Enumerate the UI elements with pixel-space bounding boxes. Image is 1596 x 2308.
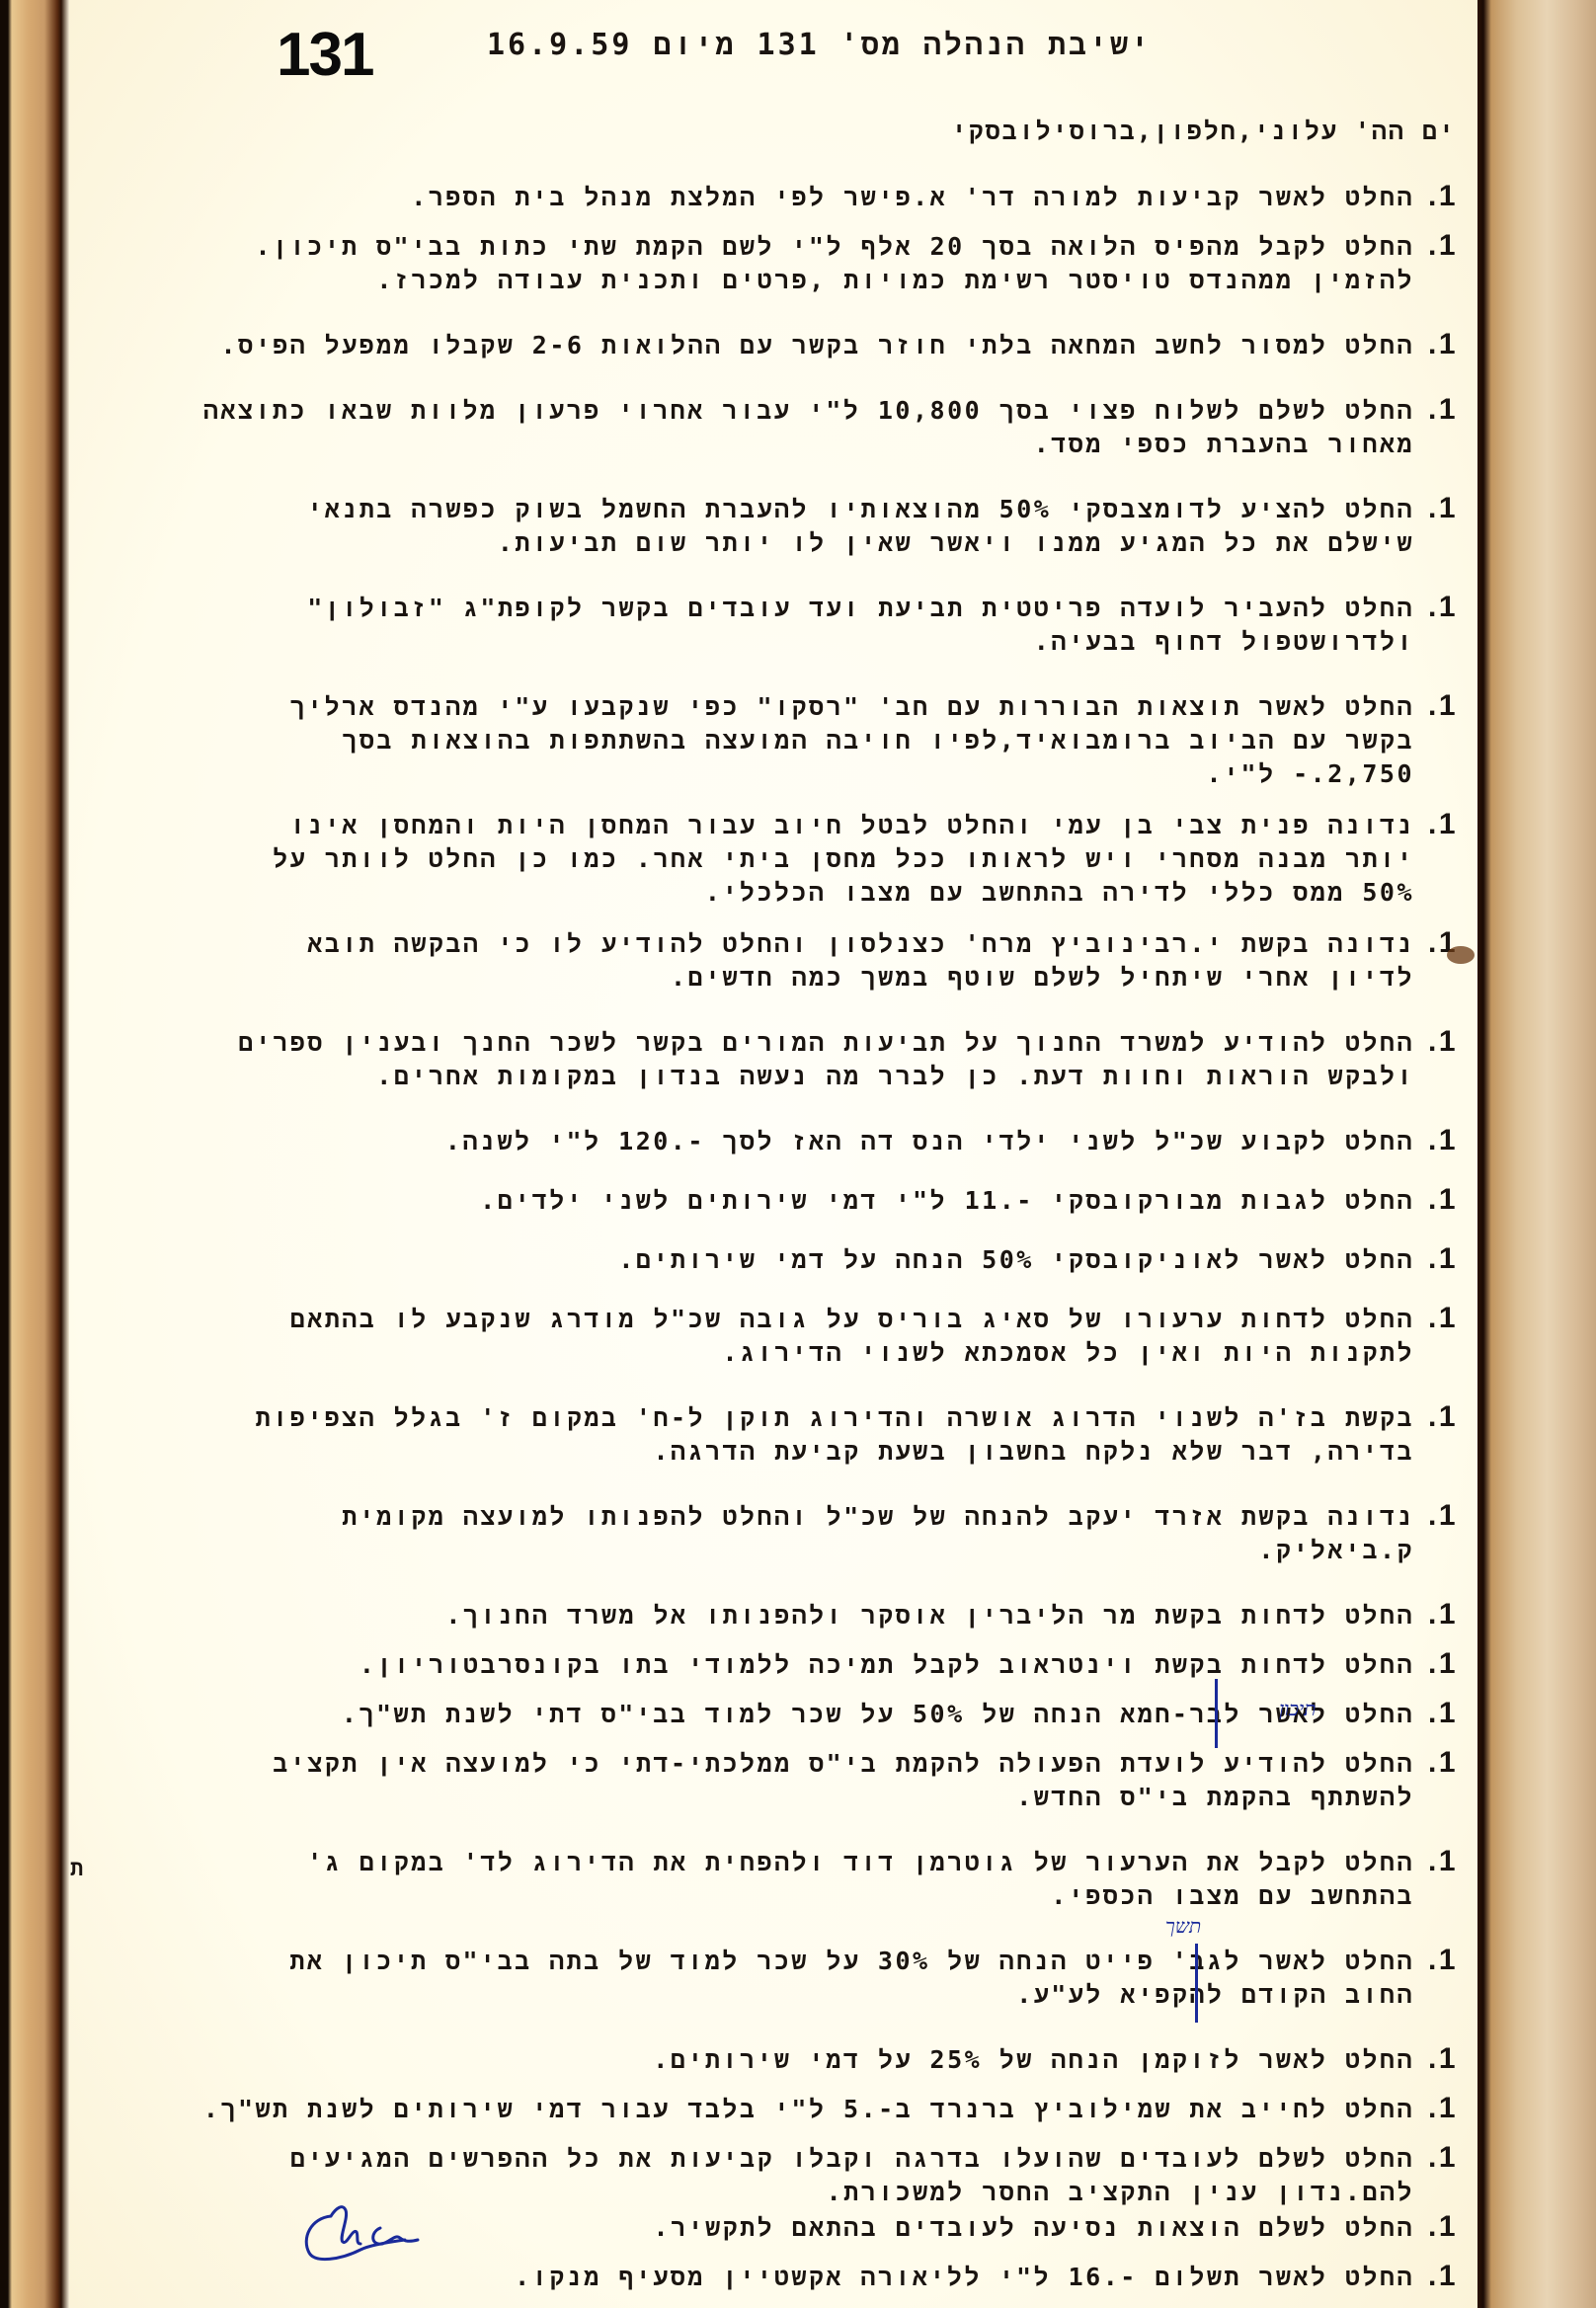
item-number: 1. (1414, 180, 1458, 213)
margin-mark: ת (70, 1857, 83, 1882)
item-text: החלט לקבל מהפיס הלואה בסך 20 אלף ל"י לשם… (255, 232, 1414, 261)
item-text: החלט לגבות מבורקובסקי -.11 ל"י דמי שירות… (480, 1186, 1414, 1215)
item-text: החלט לדחות ערעורו של סאיג בוריס על גובה … (290, 1305, 1414, 1333)
decision-item: 1.החלט לדחות בקשת וינטראוב לקבל תמיכה לל… (359, 1647, 1458, 1682)
item-text-continuation: 2,750.- ל"י. (290, 757, 1414, 791)
binding-left-edge (0, 0, 69, 2308)
item-text: החלט לאשר לבר-חמא הנחה של 50% על שכר למו… (342, 1700, 1414, 1728)
item-number: 1. (1414, 1400, 1458, 1434)
item-text-continuation: להם.נדון ענין התקציב החסר למשכורת. (290, 2176, 1414, 2209)
decision-item: 1.החלט להודיע לועדת הפעולה להקמת בי"ס ממ… (273, 1746, 1458, 1814)
item-number: 1. (1414, 1499, 1458, 1533)
item-number: 1. (1414, 2042, 1458, 2076)
item-text-continuation: בדירה, דבר שלא נלקח בחשבון בשעת קביעת הד… (256, 1435, 1414, 1469)
handwritten-annotation: תשך (1165, 1914, 1201, 1939)
item-text-continuation: החוב הקודם להקפיא לע"ע. (289, 1978, 1414, 2012)
decision-item: 1.החלט לאשר תוצאות הבוררות עם חב' "רסקו"… (290, 689, 1458, 791)
item-number: 1. (1414, 689, 1458, 723)
item-number: 1. (1414, 492, 1458, 525)
signature (301, 2198, 430, 2268)
decision-item: 1.החלט לשלם לעובדים שהועלו בדרגה וקבלו ק… (290, 2141, 1458, 2209)
item-text: החלט לאשר לאוניקובסקי 50% הנחה על דמי שי… (618, 1245, 1414, 1274)
decision-item: 1.החלט למסור לחשב המחאה בלתי חוזר בקשר ע… (221, 328, 1458, 362)
handwritten-annotation: תיכון (1279, 1697, 1316, 1721)
item-text-continuation: להזמין ממהנדס טויסטר רשימת כמויות ,פרטים… (255, 264, 1414, 297)
item-text: החלט להודיע לועדת הפעולה להקמת בי"ס ממלכ… (273, 1749, 1414, 1778)
item-number: 1. (1414, 1944, 1458, 1977)
item-number: 1. (1414, 1242, 1458, 1276)
item-number: 1. (1414, 1845, 1458, 1878)
paper-stain (1447, 946, 1475, 964)
item-text: החלט לחייב את שמילוביץ ברנרד ב-.5 ל"י בל… (203, 2095, 1414, 2123)
item-text-continuation: להשתתף בהקמת בי"ס החדש. (273, 1781, 1414, 1814)
binding-right-edge (1477, 0, 1596, 2308)
item-text: החלט למסור לחשב המחאה בלתי חוזר בקשר עם … (221, 331, 1414, 359)
item-number: 1. (1414, 1598, 1458, 1632)
decision-item: 1.החלט לדחות בקשת מר הליברין אוסקר ולהפנ… (445, 1598, 1458, 1632)
item-number: 1. (1414, 1124, 1458, 1157)
item-text: החלט לאשר תשלום -.16 ל"י לליאורה אקשטיין… (515, 2263, 1414, 2291)
item-number: 1. (1414, 1025, 1458, 1059)
decision-item: 1.החלט לקבל את הערעור של גוטרמן דוד ולהפ… (307, 1845, 1458, 1913)
item-number: 1. (1414, 393, 1458, 427)
item-text-continuation: יותר מבנה מסחרי ויש לראותו ככל מחסן ביתי… (273, 842, 1414, 876)
decision-item: 1.החלט לקבוע שכ"ל לשני ילדי הנס דה האז ל… (445, 1124, 1458, 1158)
decision-item: 1.החלט לאשר לגב' פייט הנחה של 30% על שכר… (289, 1944, 1458, 2012)
handwritten-bracket (1195, 1944, 1206, 2023)
item-number: 1. (1414, 1183, 1458, 1217)
decision-item: 1.נדונה פנית צבי בן עמי והחלט לבטל חיוב … (273, 808, 1458, 910)
decision-item: 1.נדונה בקשת אזרד יעקב להנחה של שכ"ל והח… (342, 1499, 1458, 1567)
item-text-continuation: ק.ביאליק. (342, 1534, 1414, 1567)
decision-item: 1.בקשת בז'ה לשנוי הדרוג אושרה והדירוג תו… (256, 1400, 1458, 1469)
item-text-continuation: לתקנות היות ואין כל אסמכתא לשנוי הדירוג. (290, 1336, 1414, 1370)
item-text: החלט לדחות בקשת וינטראוב לקבל תמיכה ללמו… (359, 1650, 1414, 1679)
item-text: החלט לאשר לזוקמן הנחה של 25% על דמי שירו… (653, 2045, 1414, 2074)
decisions-list: 1.החלט לאשר קביעות למורה דר' א.פישר לפי … (69, 0, 1477, 2308)
item-number: 1. (1414, 2260, 1458, 2293)
item-text-continuation: ולדרושטפול דחוף בבעיה. (307, 625, 1414, 659)
item-text: נדונה פנית צבי בן עמי והחלט לבטל חיוב עב… (290, 811, 1414, 839)
item-number: 1. (1414, 1746, 1458, 1780)
item-text: החלט להודיע למשרד החנוך על תביעות המורים… (238, 1028, 1414, 1057)
decision-item: 1.החלט לאשר תשלום -.16 ל"י לליאורה אקשטי… (515, 2260, 1458, 2294)
handwritten-line (1215, 1679, 1218, 1748)
decision-item: 1.החלט להעביר לועדה פריטטית תביעת ועד עו… (307, 591, 1458, 659)
item-number: 1. (1414, 808, 1458, 841)
item-text: החלט לשלם הוצאות נסיעה לעובדים בהתאם לתק… (654, 2213, 1414, 2242)
item-text: החלט לקבוע שכ"ל לשני ילדי הנס דה האז לסך… (445, 1127, 1414, 1155)
item-text: החלט להציע לדומצבסקי 50% מהוצאותיו להעבר… (307, 495, 1414, 523)
item-number: 1. (1414, 2092, 1458, 2125)
item-number: 1. (1414, 1302, 1458, 1335)
item-text-continuation: מאחור בהעברת כספי מסד. (203, 428, 1414, 461)
item-text-continuation: ולבקש הוראות וחוות דעת. כן לברר מה נעשה … (238, 1060, 1414, 1093)
item-text: נדונה בקשת י.רבינוביץ מרח' כצנלסון והחלט… (307, 929, 1414, 958)
item-text-continuation: 50% ממס כללי לדירה בהתחשב עם מצבו הכלכלי… (273, 876, 1414, 910)
decision-item: 1.החלט לגבות מבורקובסקי -.11 ל"י דמי שיר… (480, 1183, 1458, 1218)
decision-item: 1.החלט להודיע למשרד החנוך על תביעות המור… (238, 1025, 1458, 1093)
item-number: 1. (1414, 229, 1458, 263)
item-number: 1. (1414, 2141, 1458, 2175)
item-number: 1. (1414, 591, 1458, 624)
item-text-continuation: בהתחשב עם מצבו הכספי. (307, 1879, 1414, 1913)
item-number: 1. (1414, 1647, 1458, 1681)
item-text-continuation: שישלם את כל המגיע ממנו ויאשר שאין לו יות… (307, 526, 1414, 560)
item-text: החלט לקבל את הערעור של גוטרמן דוד ולהפחי… (307, 1848, 1414, 1876)
decision-item: 1.החלט לשלם לשלוח פצוי בסך 10,800 ל"י עב… (203, 393, 1458, 461)
item-text: החלט לאשר לגב' פייט הנחה של 30% על שכר ל… (289, 1947, 1414, 1975)
decision-item: 1.החלט לדחות ערעורו של סאיג בוריס על גוב… (290, 1302, 1458, 1370)
decision-item: 1.החלט לאשר לאוניקובסקי 50% הנחה על דמי … (618, 1242, 1458, 1277)
decision-item: 1.החלט לאשר לזוקמן הנחה של 25% על דמי שי… (653, 2042, 1458, 2077)
item-text: נדונה בקשת אזרד יעקב להנחה של שכ"ל והחלט… (342, 1502, 1414, 1531)
item-text: החלט לשלם לעובדים שהועלו בדרגה וקבלו קבי… (290, 2144, 1414, 2173)
item-text: החלט לשלם לשלוח פצוי בסך 10,800 ל"י עבור… (203, 396, 1414, 425)
decision-item: 1.החלט לשלם הוצאות נסיעה לעובדים בהתאם ל… (654, 2210, 1458, 2245)
item-text-continuation: בקשר עם הביוב ברומבואיד,לפיו חויבה המועצ… (290, 724, 1414, 757)
item-number: 1. (1414, 2210, 1458, 2244)
item-text-continuation: לדיון אחרי שיתחיל לשלם שוטף במשך כמה חדש… (307, 961, 1414, 995)
decision-item: 1.החלט להציע לדומצבסקי 50% מהוצאותיו להע… (307, 492, 1458, 560)
decision-item: 1.החלט לחייב את שמילוביץ ברנרד ב-.5 ל"י … (203, 2092, 1458, 2126)
item-text: החלט לאשר קביעות למורה דר' א.פישר לפי המ… (411, 183, 1414, 211)
decision-item: 1.נדונה בקשת י.רבינוביץ מרח' כצנלסון והח… (307, 926, 1458, 995)
item-number: 1. (1414, 328, 1458, 361)
item-text: החלט לדחות בקשת מר הליברין אוסקר ולהפנות… (445, 1601, 1414, 1630)
decision-item: 1.החלט לאשר קביעות למורה דר' א.פישר לפי … (411, 180, 1458, 214)
item-text: החלט לאשר תוצאות הבוררות עם חב' "רסקו" כ… (290, 692, 1414, 721)
item-number: 1. (1414, 1697, 1458, 1730)
item-text: בקשת בז'ה לשנוי הדרוג אושרה והדירוג תוקן… (256, 1403, 1414, 1432)
document-page: 131 ישיבת הנהלה מס' 131 מיום 16.9.59 ים … (69, 0, 1477, 2308)
decision-item: 1.החלט לקבל מהפיס הלואה בסך 20 אלף ל"י ל… (255, 229, 1458, 297)
item-text: החלט להעביר לועדה פריטטית תביעת ועד עובד… (307, 594, 1414, 622)
